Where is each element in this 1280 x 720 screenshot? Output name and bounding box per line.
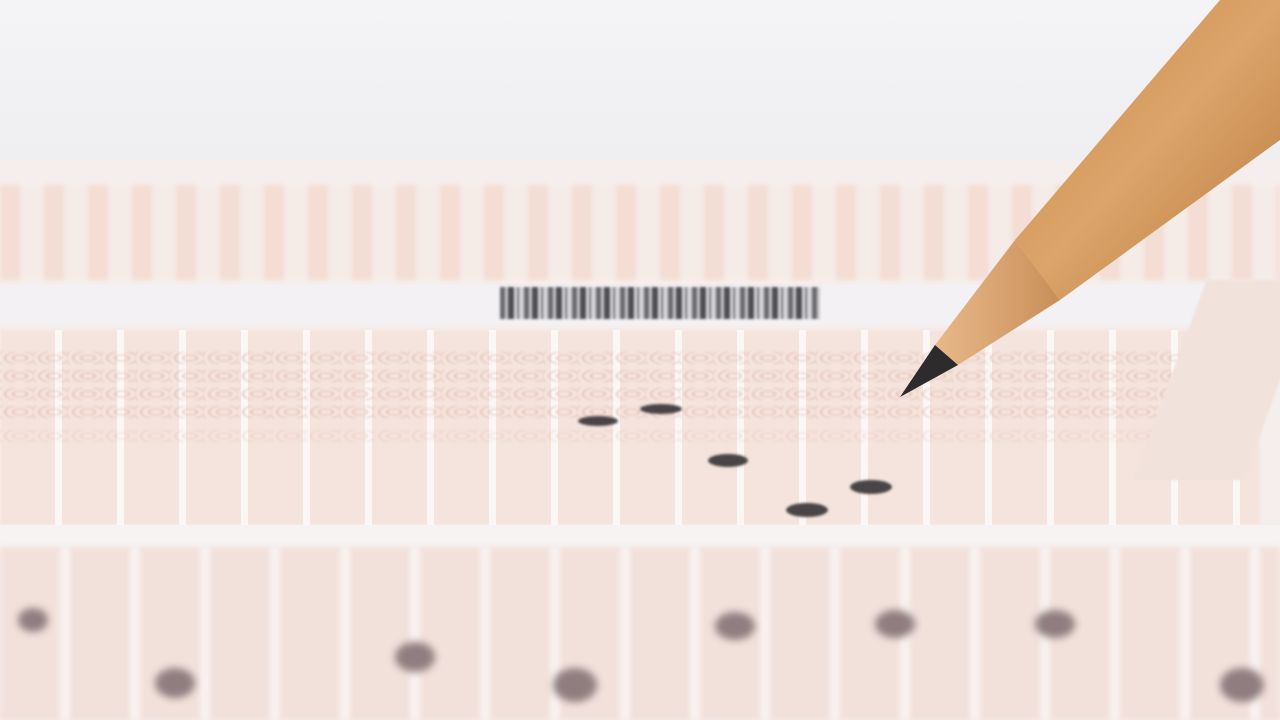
answer-sheet-photo: [0, 0, 1280, 720]
filled-bubble: [395, 642, 435, 672]
filled-bubble: [850, 480, 892, 494]
filled-bubble: [1220, 668, 1264, 702]
filled-bubble: [18, 608, 48, 632]
filled-bubble: [155, 668, 195, 698]
bubble-row: [0, 370, 1200, 382]
filled-bubble: [786, 503, 828, 517]
filled-bubble: [875, 610, 915, 638]
filled-bubble: [708, 454, 748, 467]
bubble-row: [0, 388, 1200, 400]
filled-bubble: [578, 416, 618, 426]
bubble-row: [0, 352, 1200, 364]
filled-bubble: [640, 404, 682, 414]
barcode: [500, 287, 820, 319]
bubble-row: [0, 430, 1200, 442]
sheet-divider: [0, 525, 1280, 547]
blurred-answer-columns-top: [0, 185, 1280, 280]
filled-bubble: [1035, 610, 1075, 638]
filled-bubble: [553, 668, 597, 702]
filled-bubble: [715, 612, 755, 640]
blurred-grid-columns-bottom: [0, 547, 1280, 720]
